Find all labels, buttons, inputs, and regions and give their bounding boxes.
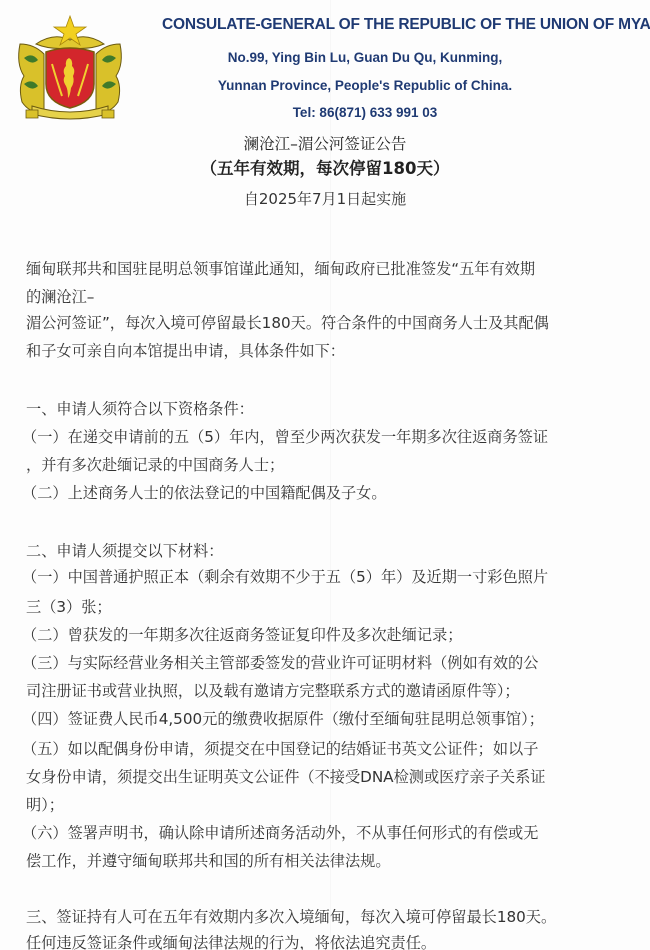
section-1-item-1-cont: ，并有多次赴缅记录的中国商务人士； bbox=[26, 454, 284, 475]
section-2-item-5: （五）如以配偶身份申请，须提交在中国登记的结婚证书英文公证件；如以子 bbox=[22, 738, 538, 759]
section-2-item-3-cont: 司注册证书或营业执照，以及载有邀请方完整联系方式的邀请函原件等）； bbox=[26, 680, 520, 701]
section-1-heading: 一、申请人须符合以下资格条件： bbox=[26, 398, 254, 419]
section-1-item-1: （一）在递交申请前的五（5）年内，曾至少两次获发一年期多次往返商务签证 bbox=[22, 426, 548, 447]
effective-date: 自2025年7月1日起实施 bbox=[100, 186, 550, 212]
consulate-name: CONSULATE-GENERAL OF THE REPUBLIC OF THE… bbox=[162, 16, 650, 34]
section-2-item-1: （一）中国普通护照正本（剩余有效期不少于五（5）年）及近期一寸彩色照片 bbox=[22, 566, 548, 587]
address-line-1: No.99, Ying Bin Lu, Guan Du Qu, Kunming, bbox=[130, 50, 600, 65]
section-2-heading: 二、申请人须提交以下材料： bbox=[26, 540, 223, 561]
section-2-item-1-cont: 三（3）张； bbox=[26, 596, 112, 617]
intro-line-2: 的澜沧江– bbox=[26, 286, 94, 307]
section-2-item-5-cont: 女身份申请，须提交出生证明英文公证件（不接受DNA检测或医疗亲子关系证 bbox=[26, 766, 545, 787]
section-2-item-6: （六）签署声明书，确认除申请所述商务活动外，不从事任何形式的有偿或无 bbox=[22, 822, 538, 843]
intro-line-3: 湄公河签证”，每次入境可停留最长180天。符合条件的中国商务人士及其配偶 bbox=[26, 312, 549, 333]
section-2-item-3: （三）与实际经营业务相关主管部委签发的营业许可证明材料（例如有效的公 bbox=[22, 652, 538, 673]
section-3-line-2: 任何违反签证条件或缅甸法律法规的行为，将依法追究责任。 bbox=[26, 932, 436, 950]
notice-subtitle: （五年有效期，每次停留180天） bbox=[100, 156, 550, 182]
notice-title: 澜沧江–湄公河签证公告 bbox=[100, 132, 550, 156]
intro-line-1: 缅甸联邦共和国驻昆明总领事馆谨此通知，缅甸政府已批准签发“五年有效期 bbox=[26, 258, 535, 279]
myanmar-state-seal-icon bbox=[14, 14, 126, 124]
intro-line-4: 和子女可亲自向本馆提出申请，具体条件如下： bbox=[26, 340, 345, 361]
section-2-item-2: （二）曾获发的一年期多次往返商务签证复印件及多次赴缅记录； bbox=[22, 624, 462, 645]
notice-document: CONSULATE-GENERAL OF THE REPUBLIC OF THE… bbox=[0, 0, 650, 950]
section-2-item-5-cont-2: 明）； bbox=[26, 794, 64, 815]
notice-title-block: 澜沧江–湄公河签证公告 （五年有效期，每次停留180天） 自2025年7月1日起… bbox=[100, 132, 550, 212]
section-2-item-4: （四）签证费人民币4,500元的缴费收据原件（缴付至缅甸驻昆明总领事馆）； bbox=[22, 708, 544, 729]
section-3-line-1: 三、签证持有人可在五年有效期内多次入境缅甸，每次入境可停留最长180天。 bbox=[26, 906, 556, 927]
section-2-item-6-cont: 偿工作，并遵守缅甸联邦共和国的所有相关法律法规。 bbox=[26, 850, 391, 871]
telephone: Tel: 86(871) 633 991 03 bbox=[130, 105, 600, 120]
address-line-2: Yunnan Province, People's Republic of Ch… bbox=[130, 78, 600, 93]
section-1-item-2: （二）上述商务人士的依法登记的中国籍配偶及子女。 bbox=[22, 482, 387, 503]
